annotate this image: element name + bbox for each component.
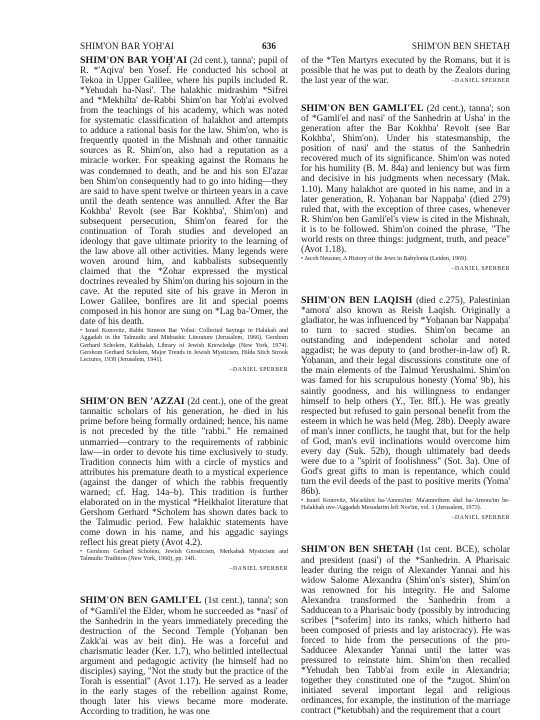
author-signature: –DANIEL SPERBER xyxy=(301,513,510,523)
entry-text: (2d cent.), tanna'; son of *Gamli'el and… xyxy=(301,104,510,255)
entry-shimon-ben-azzai: SHIM'ON BEN 'AZZAI (2d cent.), one of th… xyxy=(80,397,288,574)
entry-shimon-ben-shetah: SHIM'ON BEN SHETAḤ (1st cent. BCE), scho… xyxy=(301,545,510,716)
entry-body: SHIM'ON BAR YOḤ'AI (2d cent.), tanna'; p… xyxy=(80,56,288,327)
entry-spacer xyxy=(301,86,510,104)
entry-headword: SHIM'ON BEN 'AZZAI xyxy=(80,396,185,407)
entry-spacer xyxy=(80,375,288,397)
entry-spacer xyxy=(301,274,510,296)
running-head-right: SHIM'ON BEN SHETAḤ xyxy=(412,41,510,51)
author-signature: –DANIEL SPERBER xyxy=(452,76,510,86)
entry-text: (1st cent.), tanna'; son of *Gamli'el th… xyxy=(80,596,288,717)
page-number: 636 xyxy=(262,41,276,51)
entry-continuation: of the *Ten Martyrs executed by the Roma… xyxy=(301,56,510,86)
entry-headword: SHIM'ON BEN GAMLI'EL xyxy=(301,103,423,114)
entry-text: (2d cent.), one of the great tannaitic s… xyxy=(80,397,288,548)
entry-headword: SHIM'ON BEN LAQISH xyxy=(301,295,412,306)
entry-headword: SHIM'ON BEN SHETAḤ xyxy=(301,544,414,555)
bibliography: • Israel Konovitz, Rabbi Simeon Bar Yoha… xyxy=(80,328,288,364)
bibliography: • Jacob Neusner, A History of the Jews i… xyxy=(301,256,510,263)
author-signature: –DANIEL SPERBER xyxy=(80,564,288,574)
entry-text: (died c.275), Palestinian *amora' also k… xyxy=(301,296,510,497)
entry-body: SHIM'ON BEN GAMLI'EL (2d cent.), tanna';… xyxy=(301,104,510,255)
author-signature: –DANIEL SPERBER xyxy=(301,264,510,274)
entry-shimon-ben-gamliel-2nd: SHIM'ON BEN GAMLI'EL (2d cent.), tanna';… xyxy=(301,104,510,274)
entry-body: SHIM'ON BEN GAMLI'EL (1st cent.), tanna'… xyxy=(80,596,288,717)
bibliography: • Gershom Gerhard Scholem, Jewish Gnosti… xyxy=(80,549,288,563)
running-head-left: SHIM'ON BAR YOḤ'AI xyxy=(80,41,174,51)
entry-body: SHIM'ON BEN 'AZZAI (2d cent.), one of th… xyxy=(80,397,288,548)
entry-spacer xyxy=(301,523,510,545)
bibliography: • Israel Konovitz, Ma'arkhot ha-'Amora'i… xyxy=(301,498,510,512)
entry-headword: SHIM'ON BAR YOḤ'AI xyxy=(80,55,187,66)
left-column: SHIM'ON BAR YOḤ'AI (2d cent.), tanna'; p… xyxy=(80,56,288,717)
entry-shimon-bar-yohai: SHIM'ON BAR YOḤ'AI (2d cent.), tanna'; p… xyxy=(80,56,288,375)
entry-shimon-ben-gamliel-1st: SHIM'ON BEN GAMLI'EL (1st cent.), tanna'… xyxy=(80,596,288,717)
entry-body: SHIM'ON BEN SHETAḤ (1st cent. BCE), scho… xyxy=(301,545,510,716)
entry-text: (1st cent. BCE), scholar and president (… xyxy=(301,545,510,716)
entry-text: (2d cent.), tanna'; pupil of R. *'Aqiva'… xyxy=(80,56,288,327)
entry-shimon-ben-laqish: SHIM'ON BEN LAQISH (died c.275), Palesti… xyxy=(301,296,510,523)
entry-headword: SHIM'ON BEN GAMLI'EL xyxy=(80,595,202,606)
author-signature: –DANIEL SPERBER xyxy=(80,365,288,375)
entry-spacer xyxy=(80,574,288,596)
right-column: of the *Ten Martyrs executed by the Roma… xyxy=(301,56,510,716)
entry-body: SHIM'ON BEN LAQISH (died c.275), Palesti… xyxy=(301,296,510,497)
entry-body: of the *Ten Martyrs executed by the Roma… xyxy=(301,56,510,86)
